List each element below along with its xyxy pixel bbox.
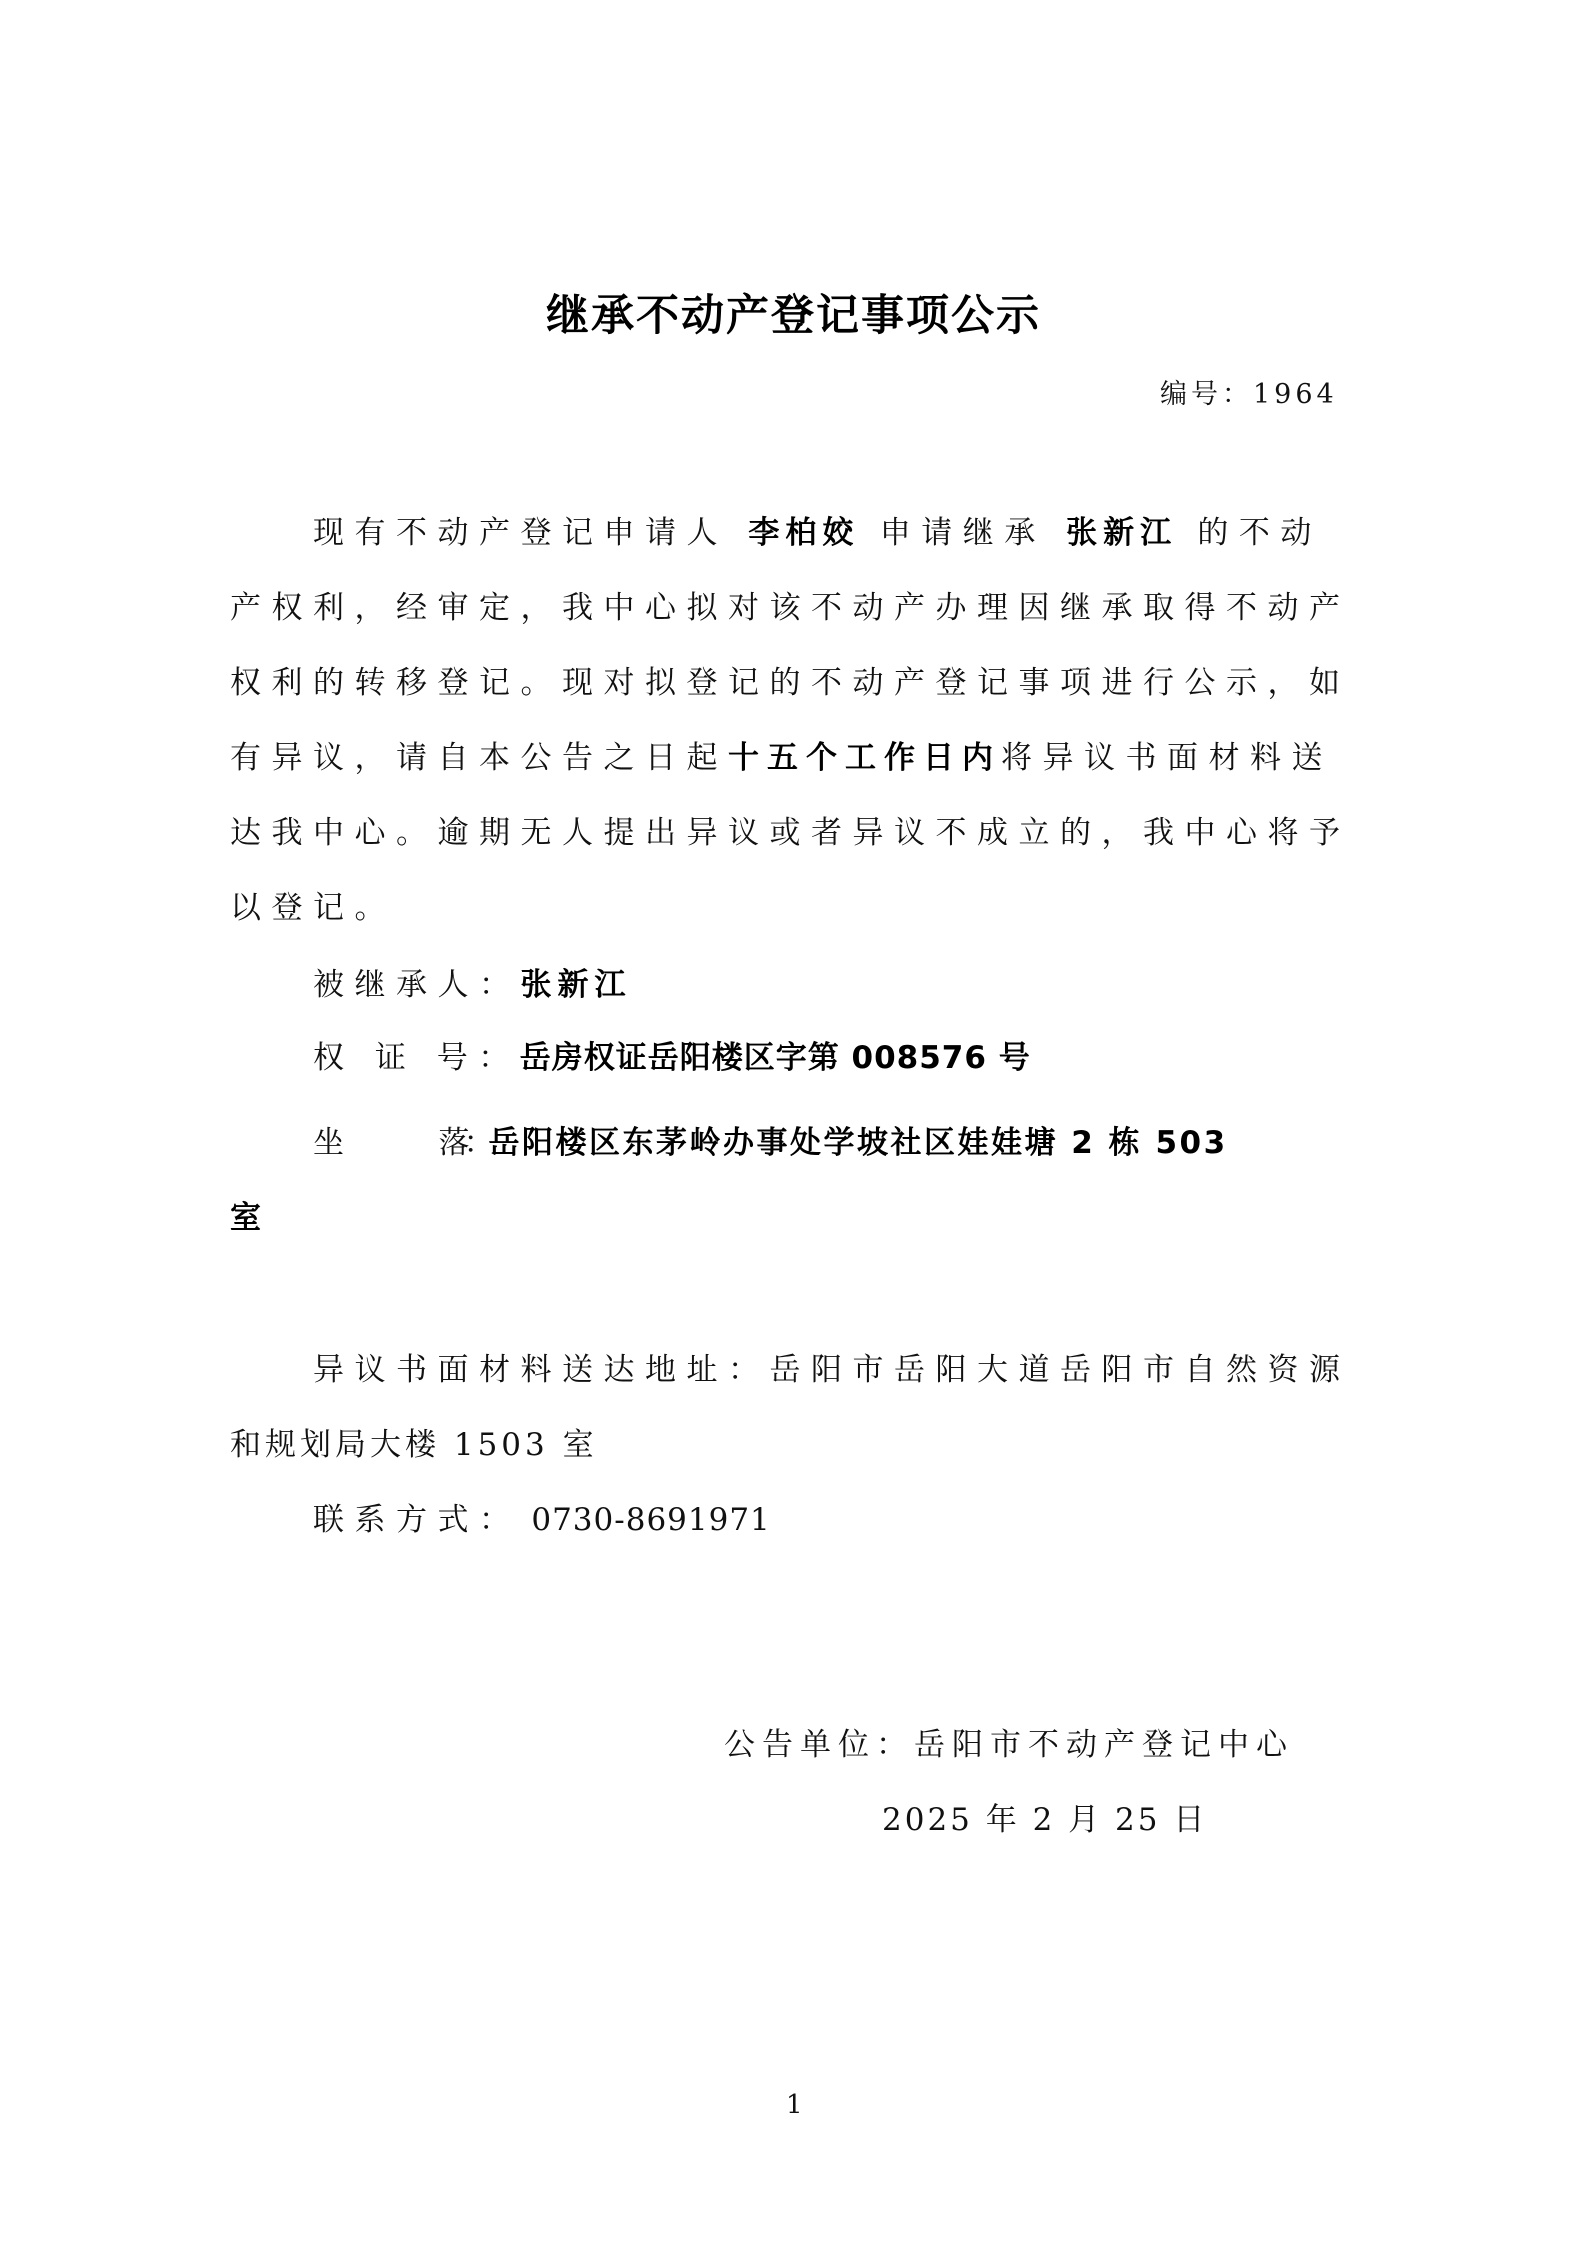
- objection-line-1: 异议书面材料送达地址：岳阳市岳阳大道岳阳市自然资源: [313, 1350, 1351, 1390]
- text: 将异议书面材料送: [1001, 740, 1333, 776]
- field-label: 被继承人：: [313, 967, 521, 1003]
- body-line-4: 有异议，请自本公告之日起十五个工作日内将异议书面材料送: [230, 738, 1333, 778]
- objection-line-2: 和规划局大楼 1503 室: [230, 1425, 598, 1465]
- field-value-cont: 室: [230, 1200, 267, 1236]
- deadline-emphasis: 十五个工作日内: [728, 740, 1001, 776]
- text: 有异议，请自本公告之日起: [230, 740, 728, 776]
- field-decedent: 被继承人：张新江: [313, 965, 632, 1005]
- body-line-1: 现有不动产登记申请人 李柏姣 申请继承 张新江 的不动: [313, 513, 1322, 553]
- field-value: 岳房权证岳阳楼区字第 008576 号: [520, 1040, 1031, 1076]
- org-label: 公告单位：: [724, 1727, 914, 1763]
- serial-value: 1964: [1253, 379, 1338, 410]
- applicant-name: 李柏姣: [748, 515, 859, 551]
- contact-label: 联系方式：: [313, 1502, 521, 1538]
- field-label-a: 坐: [313, 1125, 355, 1161]
- contact-line: 联系方式： 0730-8691971: [313, 1500, 771, 1540]
- decedent-name: 张新江: [1066, 515, 1177, 551]
- signature-date: 2025 年 2 月 25 日: [882, 1800, 1207, 1840]
- body-line-5: 达我中心。逾期无人提出异议或者异议不成立的，我中心将予: [230, 813, 1351, 853]
- text: 申请继承: [859, 515, 1066, 551]
- field-value: 岳阳楼区东茅岭办事处学坡社区娃娃塘 2 栋 503: [489, 1125, 1228, 1161]
- field-value: 张新江: [521, 967, 632, 1003]
- text: 现有不动产登记申请人: [313, 515, 748, 551]
- text: 的不动: [1177, 515, 1322, 551]
- field-certificate: 权 证 号：岳房权证岳阳楼区字第 008576 号: [313, 1038, 1031, 1078]
- body-line-3: 权利的转移登记。现对拟登记的不动产登记事项进行公示，如: [230, 663, 1351, 703]
- serial-label: 编号：: [1160, 379, 1253, 410]
- field-location: 坐落：岳阳楼区东茅岭办事处学坡社区娃娃塘 2 栋 503: [313, 1123, 1228, 1163]
- signature-org: 公告单位：岳阳市不动产登记中心: [724, 1725, 1294, 1765]
- serial-number: 编号：1964: [1160, 372, 1338, 411]
- field-label-b: 落：: [439, 1125, 489, 1161]
- field-location-cont: 室: [230, 1198, 267, 1238]
- body-line-6: 以登记。: [230, 888, 396, 928]
- field-label: 权 证 号：: [313, 1040, 520, 1076]
- page-title: 继承不动产登记事项公示: [0, 282, 1587, 343]
- contact-phone: 0730-8691971: [521, 1502, 771, 1538]
- page-number: 1: [786, 2090, 803, 2120]
- body-line-2: 产权利，经审定，我中心拟对该不动产办理因继承取得不动产: [230, 588, 1351, 628]
- org-value: 岳阳市不动产登记中心: [914, 1727, 1294, 1763]
